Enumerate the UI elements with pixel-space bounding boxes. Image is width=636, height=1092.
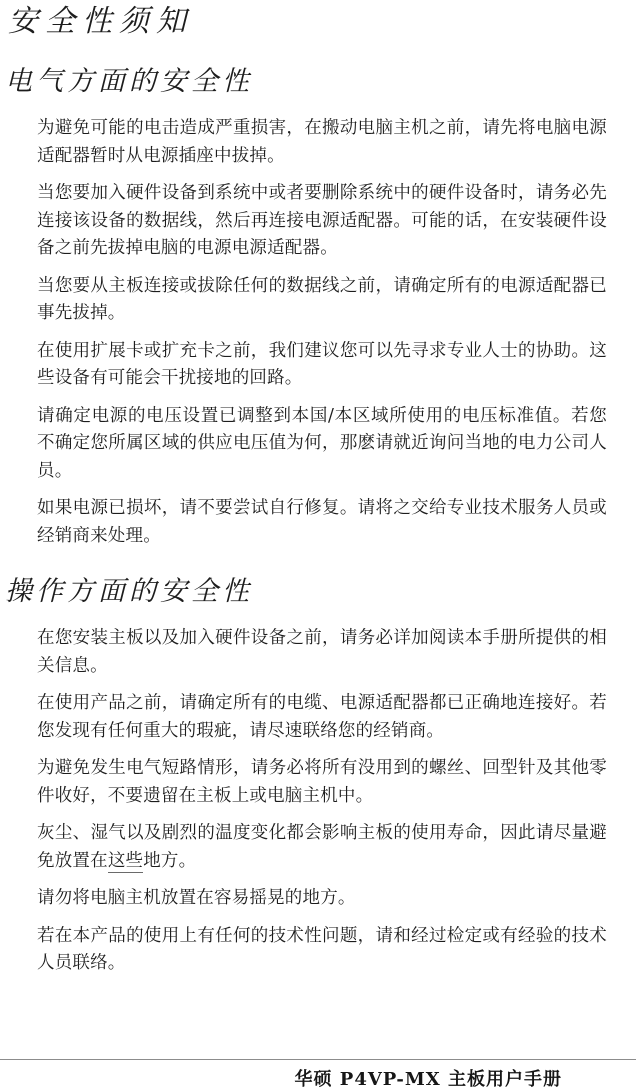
electrical-paragraph-1: 为避免可能的电击造成严重损害，在搬动电脑主机之前，请先将电脑电源适配器暂时从电源… [37,115,607,170]
page-footer: 华硕 P4VP-MX 主板用户手册 [0,1059,636,1091]
operational-paragraph-4: 灰尘、湿气以及剧烈的温度变化都会影响主板的使用寿命，因此请尽量避免放置在这些地方… [37,820,607,875]
electrical-paragraph-6: 如果电源已损坏，请不要尝试自行修复。请将之交给专业技术服务人员或经销商来处理。 [37,495,607,550]
electrical-paragraph-2: 当您要加入硬件设备到系统中或者要删除系统中的硬件设备时，请务必先连接该设备的数据… [37,180,607,263]
section-electrical-safety: 电气方面的安全性 为避免可能的电击造成严重损害，在搬动电脑主机之前，请先将电脑电… [0,65,636,550]
operational-paragraph-5: 请勿将电脑主机放置在容易摇晃的地方。 [37,885,607,913]
section-heading-electrical: 电气方面的安全性 [0,65,636,99]
page-title: 安全性须知 [0,0,636,40]
electrical-paragraph-5: 请确定电源的电压设置已调整到本国/本区域所使用的电压标准值。若您不确定您所属区域… [37,403,607,486]
footer-manual-title: 华硕 P4VP-MX 主板用户手册 [0,1065,636,1091]
electrical-paragraph-3: 当您要从主板连接或拔除任何的数据线之前，请确定所有的电源适配器已事先拔掉。 [37,273,607,328]
underlined-text: 这些 [108,851,143,873]
footer-rule [0,1059,636,1060]
operational-paragraph-6: 若在本产品的使用上有任何的技术性问题，请和经过检定或有经验的技术人员联络。 [37,923,607,978]
electrical-paragraph-4: 在使用扩展卡或扩充卡之前，我们建议您可以先寻求专业人士的协助。这些设备有可能会干… [37,338,607,393]
section-operational-safety: 操作方面的安全性 在您安装主板以及加入硬件设备之前，请务必详加阅读本手册所提供的… [0,575,636,978]
operational-paragraph-2: 在使用产品之前，请确定所有的电缆、电源适配器都已正确地连接好。若您发现有任何重大… [37,690,607,745]
manual-page: 安全性须知 电气方面的安全性 为避免可能的电击造成严重损害，在搬动电脑主机之前，… [0,0,636,1092]
section-heading-operational: 操作方面的安全性 [0,575,636,609]
operational-paragraph-3: 为避免发生电气短路情形，请务必将所有没用到的螺丝、回型针及其他零件收好，不要遗留… [37,755,607,810]
paragraph-segment: 地方。 [143,851,196,871]
operational-paragraph-1: 在您安装主板以及加入硬件设备之前，请务必详加阅读本手册所提供的相关信息。 [37,625,607,680]
